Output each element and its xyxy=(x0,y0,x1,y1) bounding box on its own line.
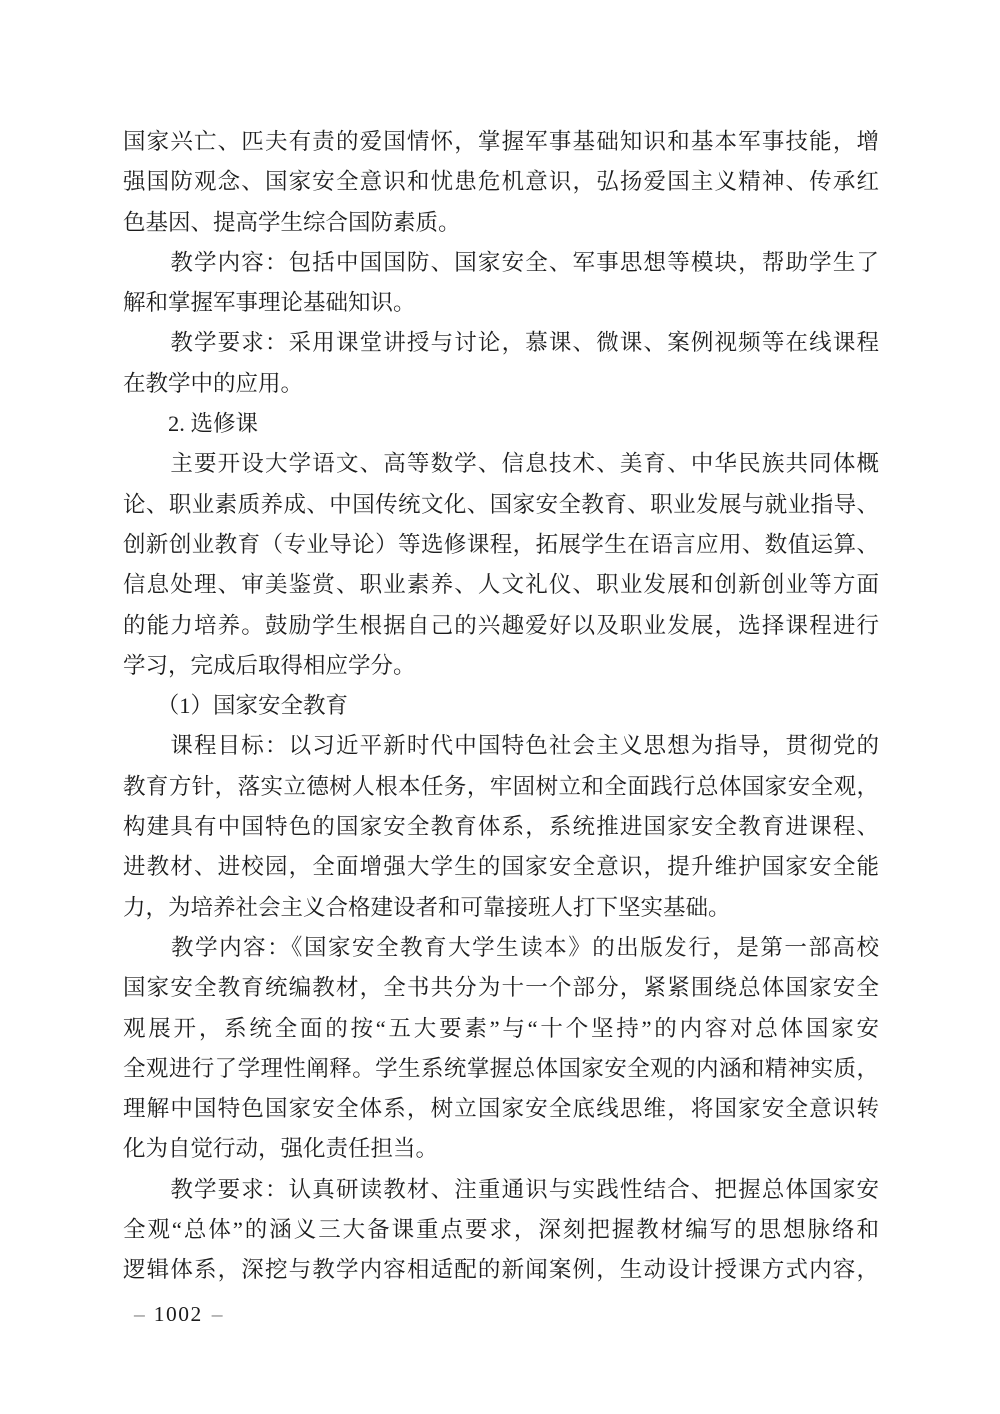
text-line: 教学内容：《国家安全教育大学生读本》的出版发行，是第一部高校 xyxy=(123,928,879,968)
text-line: 2. 选修课 xyxy=(123,404,879,444)
text-line: 在教学中的应用。 xyxy=(123,364,879,404)
text-line: 教育方针，落实立德树人根本任务，牢固树立和全面践行总体国家安全观， xyxy=(123,767,879,807)
text-line: 信息处理、审美鉴赏、职业素养、人文礼仪、职业发展和创新创业等方面 xyxy=(123,565,879,605)
text-line: 课程目标：以习近平新时代中国特色社会主义思想为指导，贯彻党的 xyxy=(123,726,879,766)
text-line: 解和掌握军事理论基础知识。 xyxy=(123,283,879,323)
text-line: 学习，完成后取得相应学分。 xyxy=(123,646,879,686)
text-line: （1）国家安全教育 xyxy=(123,686,879,726)
text-line: 化为自觉行动，强化责任担当。 xyxy=(123,1129,879,1169)
text-line: 论、职业素质养成、中国传统文化、国家安全教育、职业发展与就业指导、 xyxy=(123,485,879,525)
footer: – 1002 – xyxy=(134,1299,223,1329)
document-page: 国家兴亡、匹夫有责的爱国情怀，掌握军事基础知识和基本军事技能，增强国防观念、国家… xyxy=(0,0,1000,1414)
text-line: 主要开设大学语文、高等数学、信息技术、美育、中华民族共同体概 xyxy=(123,444,879,484)
text-line: 创新创业教育（专业导论）等选修课程，拓展学生在语言应用、数值运算、 xyxy=(123,525,879,565)
text-line: 全观进行了学理性阐释。学生系统掌握总体国家安全观的内涵和精神实质， xyxy=(123,1049,879,1089)
text-line: 观展开，系统全面的按“五大要素”与“十个坚持”的内容对总体国家安 xyxy=(123,1009,879,1049)
text-line: 强国防观念、国家安全意识和忧患危机意识，弘扬爱国主义精神、传承红 xyxy=(123,162,879,202)
text-line: 色基因、提高学生综合国防素质。 xyxy=(123,203,879,243)
text-line: 国家安全教育统编教材，全书共分为十一个部分，紧紧围绕总体国家安全 xyxy=(123,968,879,1008)
text-line: 国家兴亡、匹夫有责的爱国情怀，掌握军事基础知识和基本军事技能，增 xyxy=(123,122,879,162)
text-line: 教学内容：包括中国国防、国家安全、军事思想等模块，帮助学生了 xyxy=(123,243,879,283)
page-number: 1002 xyxy=(154,1299,203,1329)
text-line: 的能力培养。鼓励学生根据自己的兴趣爱好以及职业发展，选择课程进行 xyxy=(123,606,879,646)
text-line: 全观“总体”的涵义三大备课重点要求，深刻把握教材编写的思想脉络和 xyxy=(123,1210,879,1250)
text-line: 逻辑体系，深挖与教学内容相适配的新闻案例，生动设计授课方式内容， xyxy=(123,1250,879,1290)
text-line: 进教材、进校园，全面增强大学生的国家安全意识，提升维护国家安全能 xyxy=(123,847,879,887)
text-line: 理解中国特色国家安全体系，树立国家安全底线思维，将国家安全意识转 xyxy=(123,1089,879,1129)
text-line: 力，为培养社会主义合格建设者和可靠接班人打下坚实基础。 xyxy=(123,888,879,928)
page-number-right-dash: – xyxy=(212,1299,223,1329)
page-number-left-dash: – xyxy=(134,1299,145,1329)
text-line: 教学要求：采用课堂讲授与讨论，慕课、微课、案例视频等在线课程 xyxy=(123,323,879,363)
text-line: 构建具有中国特色的国家安全教育体系，系统推进国家安全教育进课程、 xyxy=(123,807,879,847)
document-lines: 国家兴亡、匹夫有责的爱国情怀，掌握军事基础知识和基本军事技能，增强国防观念、国家… xyxy=(123,122,879,1291)
text-line: 教学要求：认真研读教材、注重通识与实践性结合、把握总体国家安 xyxy=(123,1170,879,1210)
